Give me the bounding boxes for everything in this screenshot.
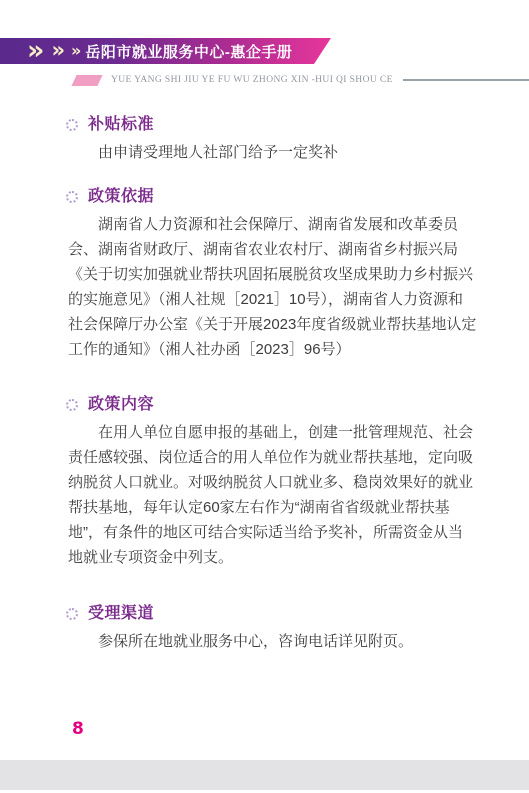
ring-bullet-icon [66, 119, 78, 131]
chevron-right-icon: » [27, 37, 44, 64]
section-heading: 受理渠道 [66, 603, 496, 625]
section-body-text: 在用人单位自愿申报的基础上，创建一批管理规范、社会 责任感较强、岗位适合的用人单… [68, 420, 482, 570]
section-body-text: 湖南省人力资源和社会保障厅、湖南省发展和改革委员 会、湖南省财政厅、湖南省农业农… [68, 212, 482, 362]
horizontal-divider [403, 79, 529, 81]
section-policy-content: 政策内容 在用人单位自愿申报的基础上，创建一批管理规范、社会 责任感较强、岗位适… [66, 394, 496, 570]
handbook-page: » » » 岳阳市就业服务中心-惠企手册 YUE YANG SHI JIU YE… [0, 0, 529, 793]
ring-bullet-icon [66, 191, 78, 203]
pinyin-subtitle: YUE YANG SHI JIU YE FU WU ZHONG XIN -HUI… [111, 75, 393, 85]
section-body-text: 参保所在地就业服务中心，咨询电话详见附页。 [68, 629, 482, 654]
section-body-text: 由申请受理地人社部门给予一定奖补 [68, 140, 482, 165]
page-number: 8 [72, 719, 84, 739]
banner-title: 岳阳市就业服务中心-惠企手册 [85, 41, 292, 62]
section-title: 补贴标准 [88, 114, 154, 136]
section-title: 政策内容 [88, 394, 154, 416]
section-heading: 补贴标准 [66, 114, 496, 136]
ring-bullet-icon [66, 608, 78, 620]
section-policy-basis: 政策依据 湖南省人力资源和社会保障厅、湖南省发展和改革委员 会、湖南省财政厅、湖… [66, 186, 496, 362]
section-heading: 政策内容 [66, 394, 496, 416]
chevron-right-icon: » [51, 40, 65, 61]
section-subsidy-standard: 补贴标准 由申请受理地人社部门给予一定奖补 [66, 114, 496, 165]
footer-bar [0, 760, 529, 790]
pinyin-subtitle-row: YUE YANG SHI JIU YE FU WU ZHONG XIN -HUI… [74, 72, 529, 88]
section-title: 政策依据 [88, 186, 154, 208]
section-heading: 政策依据 [66, 186, 496, 208]
section-acceptance-channel: 受理渠道 参保所在地就业服务中心，咨询电话详见附页。 [66, 603, 496, 654]
header-banner: » » » 岳阳市就业服务中心-惠企手册 [0, 38, 331, 64]
chevron-right-icon: » [71, 43, 81, 59]
parallelogram-decoration-icon [71, 75, 102, 86]
section-title: 受理渠道 [88, 603, 154, 625]
ring-bullet-icon [66, 399, 78, 411]
